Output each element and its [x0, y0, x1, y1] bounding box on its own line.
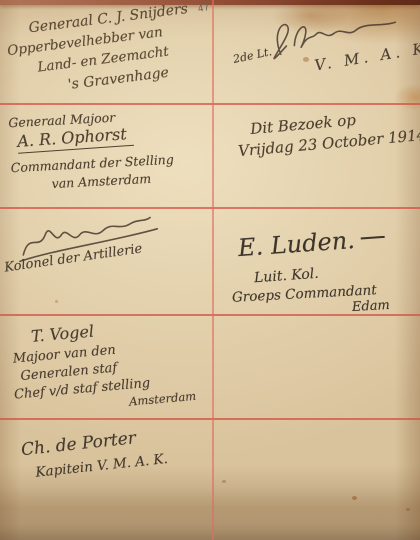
stain-spot	[352, 496, 357, 500]
entry-luden-place: Edam	[352, 299, 391, 316]
stain-spot	[222, 480, 226, 483]
ruled-line-vertical	[212, 0, 214, 540]
page-top-edge	[0, 0, 420, 5]
entry-ophorst-place: van Amsterdam	[51, 171, 175, 192]
entry-visit-date: Dit Bezoek op Vrijdag 23 October 1914	[236, 106, 420, 161]
entry-luden-name-text: E. Luden.	[237, 226, 355, 262]
stain-spot	[55, 300, 58, 303]
entry-luden-name: E. Luden.	[237, 225, 385, 263]
entry-luden-rank: Luit. Kol.	[254, 266, 320, 287]
ruled-line-horizontal-4	[0, 418, 420, 420]
page-number: 47	[197, 3, 210, 15]
entry-porter: Ch. de Porter Kapitein V. M. A. K.	[12, 426, 168, 483]
guestbook-page: 47 Generaal C. J. Snijders Opperbevelheb…	[0, 0, 420, 540]
stain-spot	[406, 508, 410, 511]
ruled-line-horizontal-2	[0, 207, 420, 209]
entry-vogel: T. Vogel Majoor van den Generalen staf C…	[4, 314, 196, 419]
entry-ophorst-name-text: A. R. Ophorst	[17, 125, 134, 154]
flourish-line	[361, 236, 385, 240]
entry-ophorst: Generaal Majoor A. R. Ophorst Commandant…	[6, 108, 175, 194]
entry-snijders: Generaal C. J. Snijders Opperbevelhebber…	[2, 1, 196, 100]
ruled-line-horizontal-1	[0, 103, 420, 105]
